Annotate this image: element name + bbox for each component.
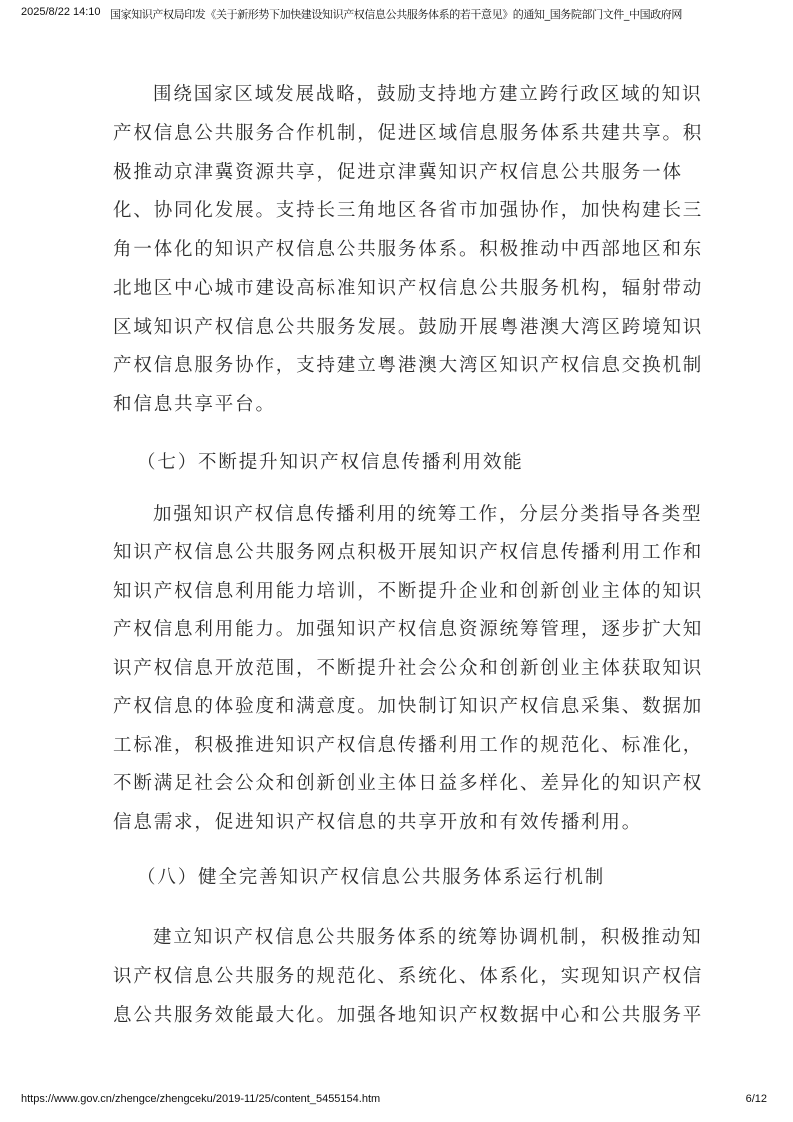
paragraph-line: 区域知识产权信息公共服务发展。鼓励开展粤港澳大湾区跨境知识 (113, 317, 703, 339)
paragraph-line: 识产权信息公共服务的规范化、系统化、体系化，实现知识产权信 (113, 966, 703, 988)
paragraph-line: 识产权信息开放范围，不断提升社会公众和创新创业主体获取知识 (113, 658, 703, 680)
paragraph-line: 产权信息公共服务合作机制，促进区域信息服务体系共建共享。积 (113, 123, 703, 145)
paragraph-line: 知识产权信息利用能力培训，不断提升企业和创新创业主体的知识 (113, 581, 703, 603)
section-heading-7: （七）不断提升知识产权信息传播利用效能 (137, 452, 524, 474)
paragraph-line: 和信息共享平台。 (113, 394, 276, 416)
paragraph-line: 产权信息服务协作，支持建立粤港澳大湾区知识产权信息交换机制 (113, 355, 703, 377)
paragraph-line: 知识产权信息公共服务网点积极开展知识产权信息传播利用工作和 (113, 542, 703, 564)
paragraph-line: 加强知识产权信息传播利用的统筹工作，分层分类指导各类型 (153, 504, 702, 526)
paragraph-line: 产权信息利用能力。加强知识产权信息资源统筹管理，逐步扩大知 (113, 619, 703, 641)
paragraph-line: 产权信息的体验度和满意度。加快制订知识产权信息采集、数据加 (113, 696, 703, 718)
document-title: 国家知识产权局印发《关于新形势下加快建设知识产权信息公共服务体系的若干意见》的通… (110, 6, 682, 22)
paragraph-line: 角一体化的知识产权信息公共服务体系。积极推动中西部地区和东 (113, 239, 703, 261)
paragraph-line: 信息需求，促进知识产权信息的共享开放和有效传播利用。 (113, 812, 642, 834)
paragraph-line: 极推动京津冀资源共享，促进京津冀知识产权信息公共服务一体 (113, 162, 683, 184)
page-url: https://www.gov.cn/zhengce/zhengceku/201… (21, 1093, 380, 1105)
paragraph-line: 不断满足社会公众和创新创业主体日益多样化、差异化的知识产权 (113, 773, 703, 795)
paragraph-line: 建立知识产权信息公共服务体系的统筹协调机制，积极推动知 (153, 927, 702, 949)
paragraph-line: 北地区中心城市建设高标准知识产权信息公共服务机构，辐射带动 (113, 278, 703, 300)
section-heading-8: （八）健全完善知识产权信息公共服务体系运行机制 (137, 867, 605, 889)
print-datetime: 2025/8/22 14:10 (21, 6, 101, 18)
paragraph-line: 围绕国家区域发展战略，鼓励支持地方建立跨行政区域的知识 (153, 84, 702, 106)
paragraph-line: 工标准，积极推进知识产权信息传播利用工作的规范化、标准化， (113, 735, 703, 757)
page-number: 6/12 (746, 1093, 767, 1105)
paragraph-line: 化、协同化发展。支持长三角地区各省市加强协作，加快构建长三 (113, 200, 703, 222)
paragraph-line: 息公共服务效能最大化。加强各地知识产权数据中心和公共服务平 (113, 1005, 703, 1027)
